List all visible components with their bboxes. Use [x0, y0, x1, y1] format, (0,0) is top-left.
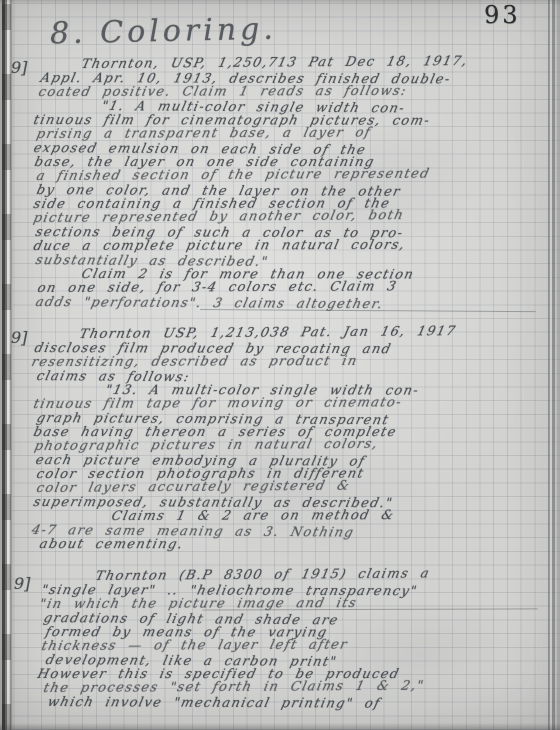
handwritten-line: on one side, for 3-4 colors etc. Claim 3 [36, 280, 556, 296]
handwritten-line: coated positive. Claim 1 reads as follow… [37, 84, 556, 100]
paragraph-patent-1213038: 9] Thornton USP, 1,213,038 Pat. Jan 16, … [30, 328, 552, 552]
binding-shadow-texture [2, 0, 11, 730]
notebook-page-photo: 93 8. Coloring. 9] Thornton, USP, 1,250,… [0, 0, 560, 730]
paragraph-lines: Thornton, USP, 1,250,713 Pat Dec 18, 191… [30, 58, 552, 310]
handwritten-line: tinuous film tape for moving or cinemato… [32, 396, 556, 412]
handwritten-line: duce a complete picture in natural color… [32, 238, 556, 254]
handwritten-line: adds "perforations". 3 claims altogether… [34, 296, 555, 313]
handwritten-line: prising a transparent base, a layer of [35, 126, 556, 142]
page-top-edge [0, 0, 560, 4]
margin-mark: 9] [11, 58, 27, 77]
handwritten-line: which involve "mechanical printing" of [46, 696, 555, 712]
handwritten-line: Thornton USP, 1,213,038 Pat. Jan 16, 191… [78, 324, 556, 342]
paragraph-lines: Thornton USP, 1,213,038 Pat. Jan 16, 191… [30, 328, 552, 552]
margin-mark: 9] [14, 574, 30, 593]
page-title: 8. Coloring. [50, 12, 278, 52]
handwritten-line: about cementing. [38, 538, 555, 553]
margin-mark: 9] [11, 328, 27, 347]
handwritten-line: color layers accurately registered & [35, 478, 556, 496]
handwritten-line: Thornton (B.P 8300 of 1915) claims a [94, 566, 556, 584]
handwritten-line: resensitizing, described as product in [30, 354, 556, 370]
page-bottom-edge [0, 723, 560, 730]
handwritten-line: "in which the picture image and its [38, 596, 556, 612]
handwritten-line: a finished section of the picture repres… [35, 167, 556, 184]
handwritten-line: Thornton, USP, 1,250,713 Pat Dec 18, 191… [80, 54, 556, 72]
paragraph-patent-1250713: 9] Thornton, USP, 1,250,713 Pat Dec 18, … [30, 58, 552, 310]
handwritten-line: thickness — of the layer left after [40, 638, 556, 654]
page-number: 93 [484, 1, 521, 29]
handwritten-line: picture represented by another color, bo… [32, 208, 556, 226]
paragraph-lines: Thornton (B.P 8300 of 1915) claims a"sin… [30, 570, 552, 710]
handwritten-line: Claims 1 & 2 are on method & [110, 509, 556, 524]
handwritten-line: photographic pictures in natural colors, [33, 437, 556, 454]
book-binding-edge [0, 0, 15, 730]
handwritten-line: the processes "set forth in Claims 1 & 2… [42, 679, 556, 696]
paragraph-patent-bp8300: 9] Thornton (B.P 8300 of 1915) claims a"… [30, 570, 552, 710]
